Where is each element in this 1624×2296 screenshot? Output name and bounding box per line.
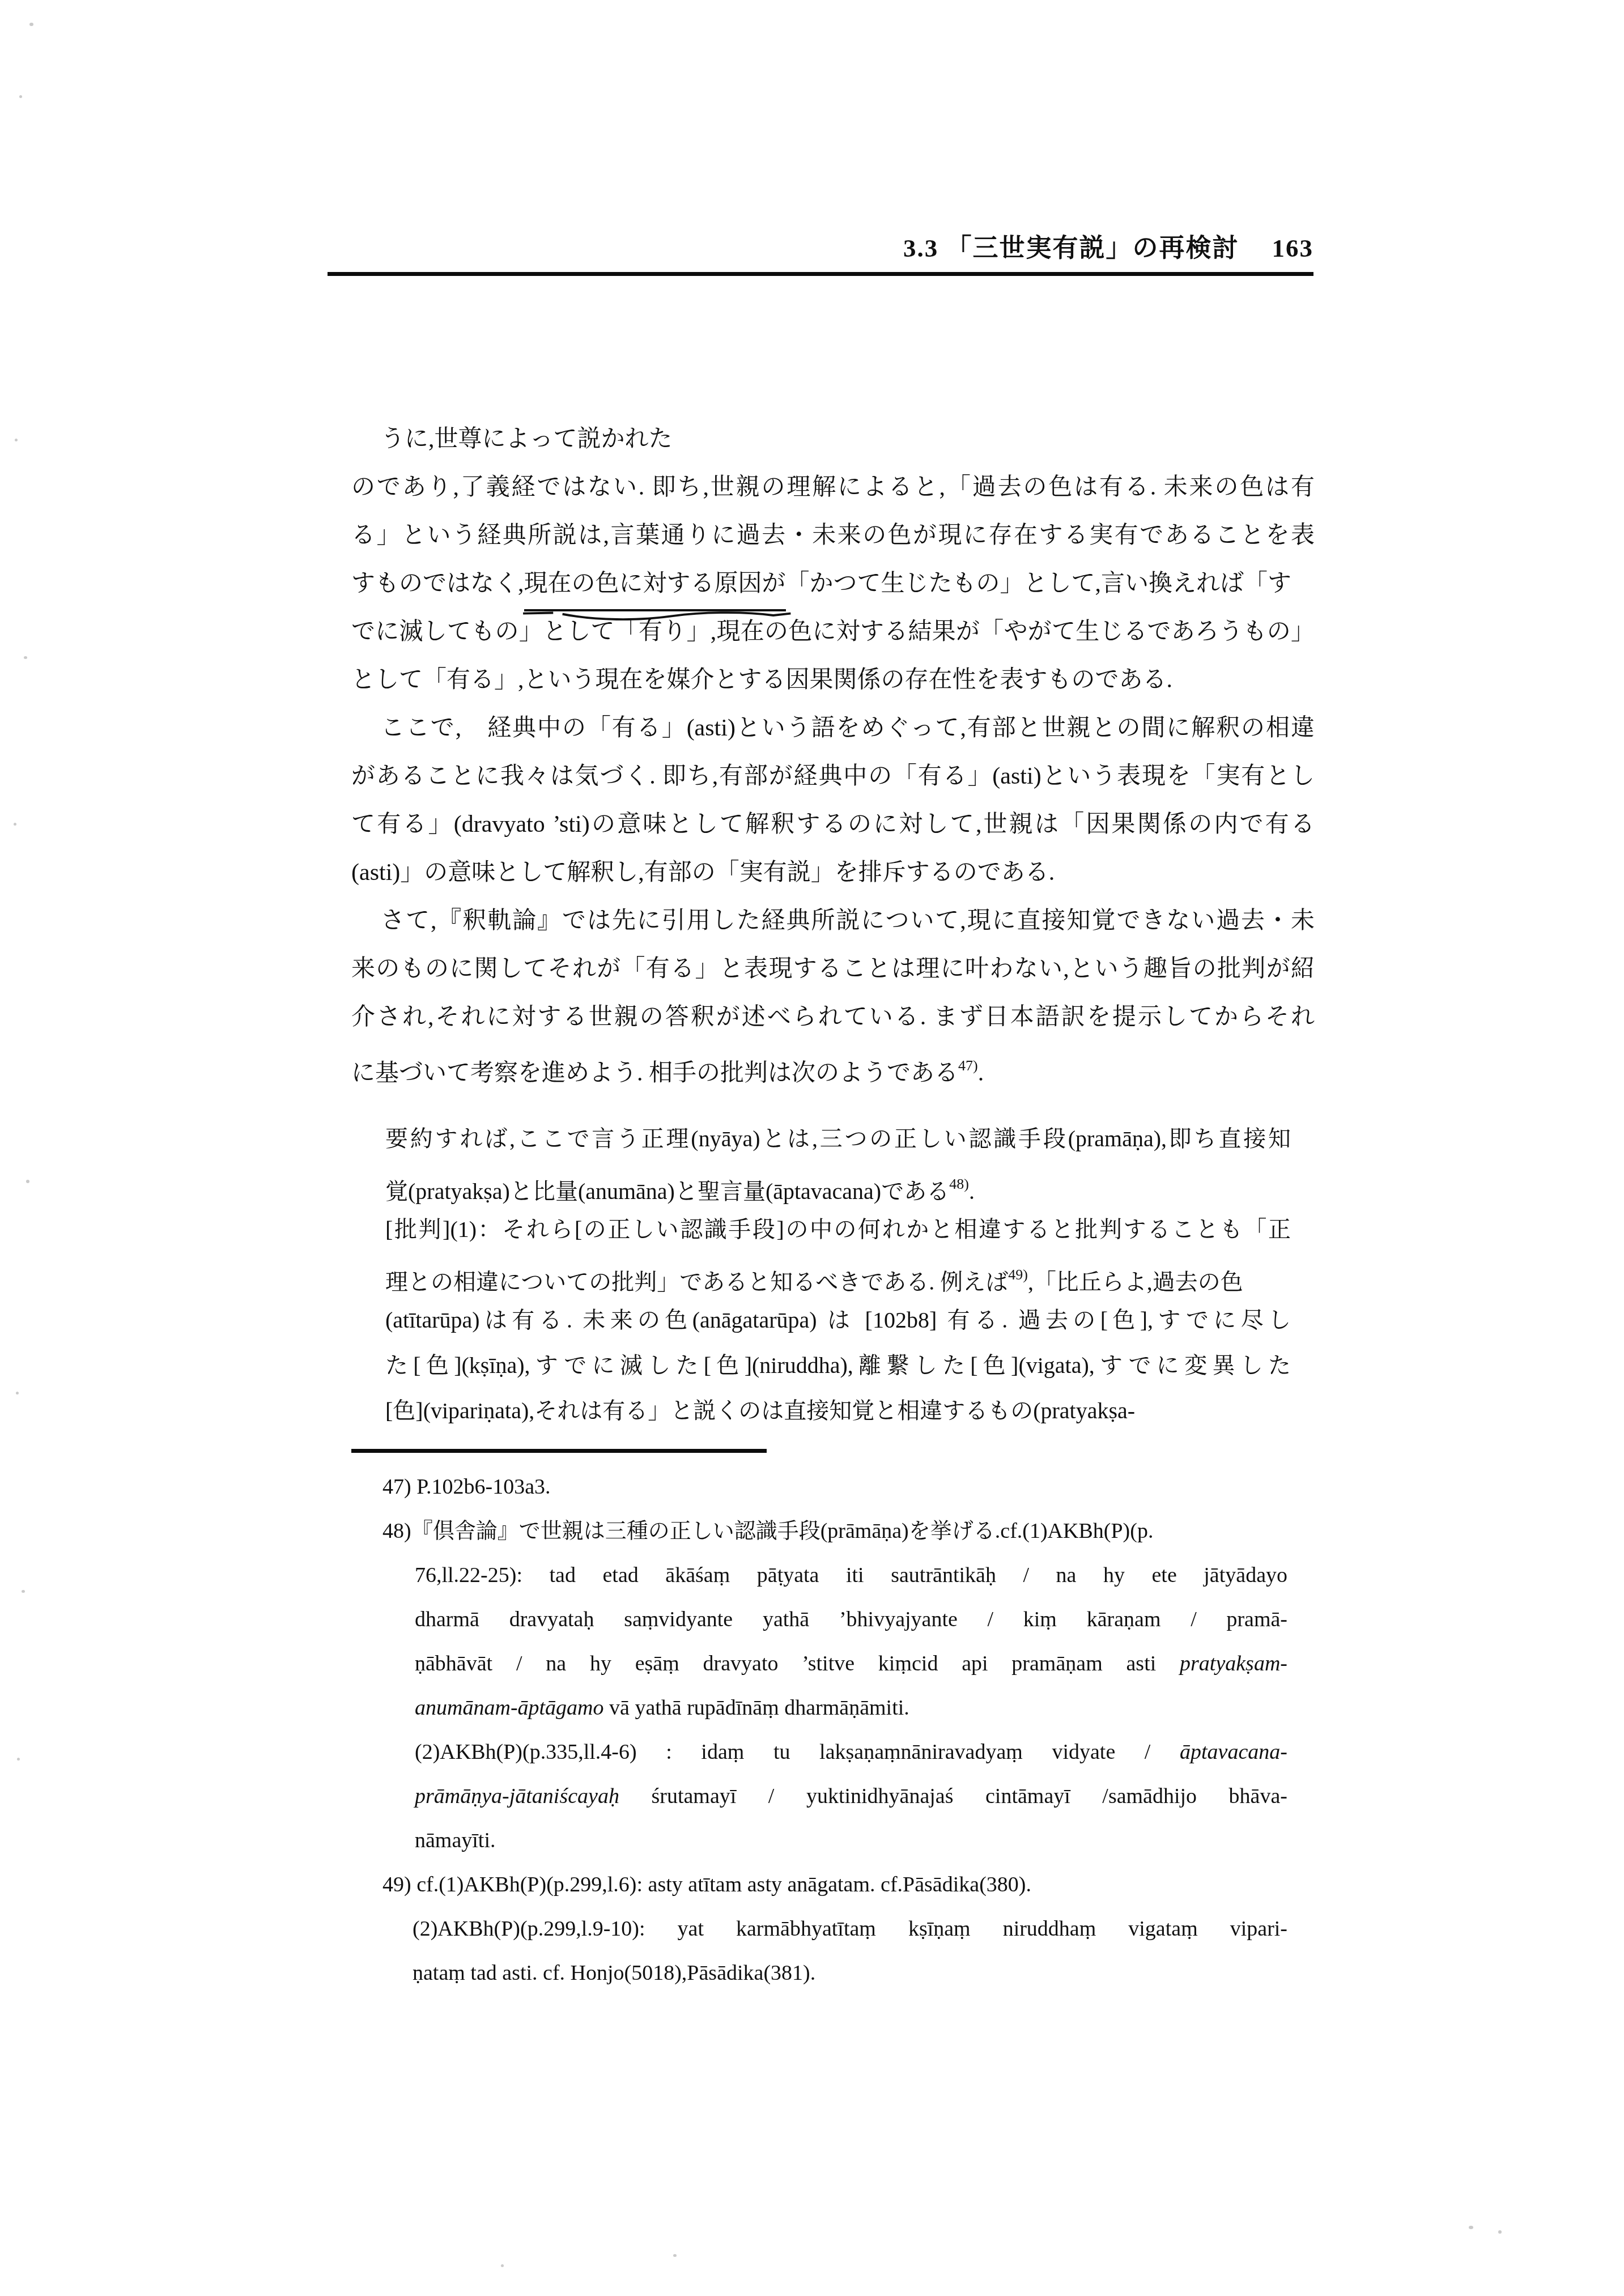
body-line: 介され,それに対する世親の答釈が述べられている. まず日本語訳を提示してからそれ — [351, 993, 1315, 1041]
footnote-line: 49) cf.(1)AKBh(P)(p.299,l.6): asty atīta… — [382, 1863, 1315, 1907]
scan-speck — [26, 1180, 29, 1183]
footnote-line: (2)AKBh(P)(p.299,l.9-10): yat karmābhyat… — [413, 1907, 1287, 1951]
footnote-text: śrutamayī / yuktinidhyānajaś cintāmayī /… — [619, 1784, 1287, 1808]
body-text: 現在の色に対する原因が — [524, 571, 786, 597]
footnote-separator-rule — [351, 1449, 767, 1453]
body-line: さて,『釈軌論』では先に引用した経典所説について,現に直接知覚できない過去・未 — [351, 897, 1315, 945]
body-line: (asti)」の意味として解釈し,有部の「実有説」を排斥するのである. — [351, 849, 1315, 897]
quote-line: [批判](1)：それら[の正しい認識手段]の中の何れかと相違すると批判することも… — [385, 1207, 1291, 1252]
scan-speck — [16, 1392, 19, 1394]
body-text: すものではなく, — [351, 571, 524, 597]
quote-text: 理との相違についての批判」であると知るべきである. 例えば — [385, 1269, 1008, 1295]
body-line: に基づいて考察を進めよう. 相手の批判は次のようである47). — [351, 1041, 1315, 1090]
body-line: ここで, 経典中の「有る」(asti)という語をめぐって,有部と世親との間に解釈… — [351, 704, 1315, 752]
scan-speck — [501, 2264, 504, 2267]
quote-line: た[色](kṣīṇa),すでに滅した[色](niruddha),離繋した[色](… — [385, 1343, 1291, 1388]
footnote-line: (2)AKBh(P)(p.335,ll.4-6) : idaṃ tu lakṣa… — [415, 1730, 1287, 1774]
quote-text: ,「比丘らよ,過去の色 — [1028, 1269, 1243, 1295]
scan-speck — [29, 23, 33, 26]
underlined-phrase: 現在の色に対する原因が — [524, 560, 786, 611]
footnote-line: ṇataṃ tad asti. cf. Honjo(5018),Pāsādika… — [413, 1951, 1287, 1995]
body-line: でに滅してもの」として「有り」,現在の色に対する結果が「やがて生じるであろうもの… — [351, 608, 1315, 656]
quote-line: (atītarūpa)は有る. 未来の色(anāgatarūpa) は [102… — [385, 1298, 1291, 1343]
quotation-block: 要約すれば,ここで言う正理(nyāya)とは,三つの正しい認識手段(pramāṇ… — [351, 1116, 1315, 1434]
footnote-text: vā yathā rupādīnāṃ dharmāṇāmiti. — [604, 1696, 909, 1720]
scan-speck — [17, 1758, 20, 1761]
footnote-text-italic: anumānam-āptāgamo — [415, 1696, 604, 1720]
body-line: うに,世尊によって説かれた — [351, 415, 1315, 464]
quote-text: 覚(pratyakṣa)と比量(anumāna)と聖言量(āptavacana)… — [385, 1179, 949, 1204]
footnote-line: 48)『倶舎論』で世親は三種の正しい認識手段(prāmāṇa)を挙げる.cf.(… — [382, 1509, 1315, 1553]
footnote-text-italic: prāmāṇya-jātaniścayaḥ — [415, 1784, 619, 1808]
quote-text: . — [969, 1179, 975, 1204]
body-text: に基づいて考察を進めよう. 相手の批判は次のようである — [351, 1060, 958, 1086]
footnote-line: 47) P.102b6-103a3. — [382, 1465, 1315, 1509]
scanned-page: 3.3 「三世実有説」の再検討 163 うに,世尊によって説かれた のであり,了… — [0, 0, 1624, 2296]
footnote-line: dharmā dravyataḥ saṃvidyante yathā ’bhiv… — [415, 1597, 1287, 1642]
scan-speck — [673, 2254, 677, 2257]
scan-speck — [24, 656, 27, 659]
body-line: て有る」(dravyato ’sti)の意味として解釈するのに対して,世親は「因… — [351, 801, 1315, 849]
body-text: 「かつて生じたもの」として,言い換えれば「す — [786, 571, 1292, 597]
body-line: る」という経典所説は,言葉通りに過去・未来の色が現に存在する実有であることを表 — [351, 512, 1315, 560]
body-text: . — [978, 1060, 984, 1086]
quote-line: 理との相違についての批判」であると知るべきである. 例えば49),「比丘らよ,過… — [385, 1252, 1291, 1298]
footnote-text-italic: pratyakṣam- — [1180, 1652, 1287, 1676]
scan-speck — [1469, 2226, 1473, 2229]
footnote-ref-48: 48) — [949, 1176, 969, 1192]
scan-speck — [1498, 2230, 1502, 2234]
body-line: として「有る」,という現在を媒介とする因果関係の存在性を表すものである. — [351, 656, 1315, 704]
footnote-line: ṇābhāvāt / na hy eṣāṃ dravyato ’stitve k… — [415, 1642, 1287, 1686]
body-line: 来のものに関してそれが「有る」と表現することは理に叶わない,という趣旨の批判が紹 — [351, 945, 1315, 993]
footnote-line: prāmāṇya-jātaniścayaḥ śrutamayī / yuktin… — [415, 1774, 1287, 1818]
page-header: 3.3 「三世実有説」の再検討 163 — [328, 228, 1313, 276]
scan-speck — [19, 95, 22, 98]
quote-line: [色](vipariṇata),それは有る」と説くのは直接知覚と相違するもの(p… — [385, 1388, 1291, 1434]
wavy-underline — [521, 610, 793, 620]
running-head: 3.3 「三世実有説」の再検討 — [903, 228, 1239, 269]
scan-speck — [14, 823, 16, 826]
body-line: があることに我々は気づく. 即ち,有部が経典中の「有る」(asti)という表現を… — [351, 752, 1315, 801]
quote-line: 要約すれば,ここで言う正理(nyāya)とは,三つの正しい認識手段(pramāṇ… — [385, 1116, 1291, 1162]
scan-speck — [22, 1590, 25, 1593]
footnotes-block: 47) P.102b6-103a3. 48)『倶舎論』で世親は三種の正しい認識手… — [351, 1465, 1315, 1995]
footnote-text: (2)AKBh(P)(p.335,ll.4-6) : idaṃ tu lakṣa… — [415, 1740, 1180, 1764]
footnote-line: nāmayīti. — [415, 1818, 1287, 1863]
page-number: 163 — [1272, 228, 1314, 269]
quote-line: 覚(pratyakṣa)と比量(anumāna)と聖言量(āptavacana)… — [385, 1162, 1291, 1207]
footnote-ref-49: 49) — [1008, 1266, 1028, 1283]
footnote-line: anumānam-āptāgamo vā yathā rupādīnāṃ dha… — [415, 1686, 1287, 1730]
footnote-ref-47: 47) — [958, 1057, 978, 1074]
footnote-line: 76,ll.22-25): tad etad ākāśaṃ pāṭyata it… — [415, 1553, 1287, 1597]
scan-speck — [15, 439, 18, 441]
body-line: すものではなく,現在の色に対する原因が「かつて生じたもの」として,言い換えれば「… — [351, 560, 1315, 608]
footnote-text-italic: āptavacana- — [1180, 1740, 1287, 1764]
footnote-text: ṇābhāvāt / na hy eṣāṃ dravyato ’stitve k… — [415, 1652, 1180, 1676]
body-line: のであり,了義経ではない. 即ち,世親の理解によると,「過去の色は有る. 未来の… — [351, 464, 1315, 512]
page-content: うに,世尊によって説かれた のであり,了義経ではない. 即ち,世親の理解によると… — [351, 415, 1315, 1995]
